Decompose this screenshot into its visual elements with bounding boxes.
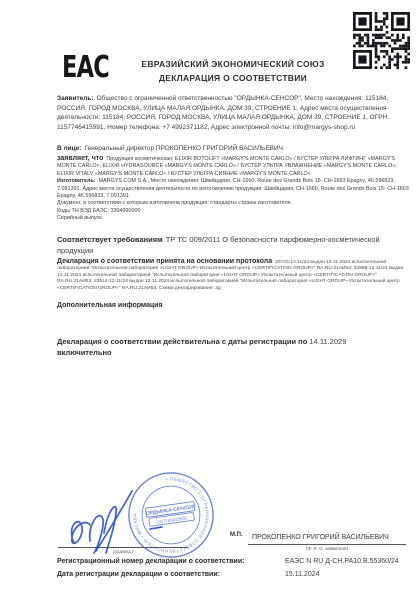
registration-number-value: ЕАЭС N RU Д-CH.РА10.В.55360/24 [285,558,399,565]
representative-paragraph: В лице:Генеральный директор ПРОКОПЕНКО Г… [57,144,409,154]
serial-release: Серийный выпуск. [57,215,103,221]
name-line [248,544,406,545]
validity-text-before: Декларация о соответствии действительна … [57,337,307,346]
validity-date: 14.11.2029 [309,337,346,346]
applicant-label: Заявитель: [57,95,94,102]
manufacture-document-text: Документ, в соответствии с которым изгот… [57,200,291,206]
compliance-paragraph: Соответствует требованиямТР ТС 009/2011 … [57,234,409,256]
manufacturer-label: Изготовитель: [57,178,96,184]
basis-paragraph: Декларация о соответствии принята на осн… [57,259,409,292]
basis-label: Декларация о соответствии принята на осн… [57,258,272,265]
representative-label: В лице: [57,145,81,152]
manufacturer-text: MARGYS.COM S.A., Место нахождения: Швейц… [57,178,409,199]
declaration-document: EAC ЕВРАЗИЙСКИЙ ЭКОНОМИЧЕСКИЙ СОЮЗ ДЕКЛА… [0,0,420,594]
additional-info-label: Дополнительная информация [57,301,409,311]
applicant-text: Общество с ограниченной ответственностью… [57,95,389,131]
tnved-codes: Коды ТН ВЭД ЕАЭС: 3304990000 [57,208,140,214]
registration-date-value: 15.11.2024 [285,571,320,578]
doc-title: ДЕКЛАРАЦИЯ О СООТВЕТСТВИИ [60,73,406,83]
validity-paragraph: Декларация о соответствии действительна … [57,336,357,358]
declares-label: заявляет, что [57,155,103,162]
handwritten-signature [60,483,172,555]
name-caption: (Ф. И. О. заявителя) [248,546,406,551]
mp-seal-label: М.П. [230,532,243,538]
compliance-label: Соответствует требованиям [57,235,163,244]
declares-paragraph: заявляет, чтоПродукция косметическая: EL… [57,155,409,223]
applicant-paragraph: Заявитель:Общество с ограниченной ответс… [57,94,409,132]
product-text: Продукция косметическая: ELIXIR BOTOLIFT… [57,156,397,177]
registration-date-label: Дата регистрации декларации о соответств… [57,571,220,578]
applicant-full-name: ПРОКОПЕНКО ГРИГОРИЙ ВАСИЛЬЕВИЧ [252,534,389,541]
representative-text: Генеральный директор ПРОКОПЕНКО ГРИГОРИЙ… [84,145,283,152]
validity-text-after: включительно [57,348,112,357]
qr-code-icon [353,12,410,69]
